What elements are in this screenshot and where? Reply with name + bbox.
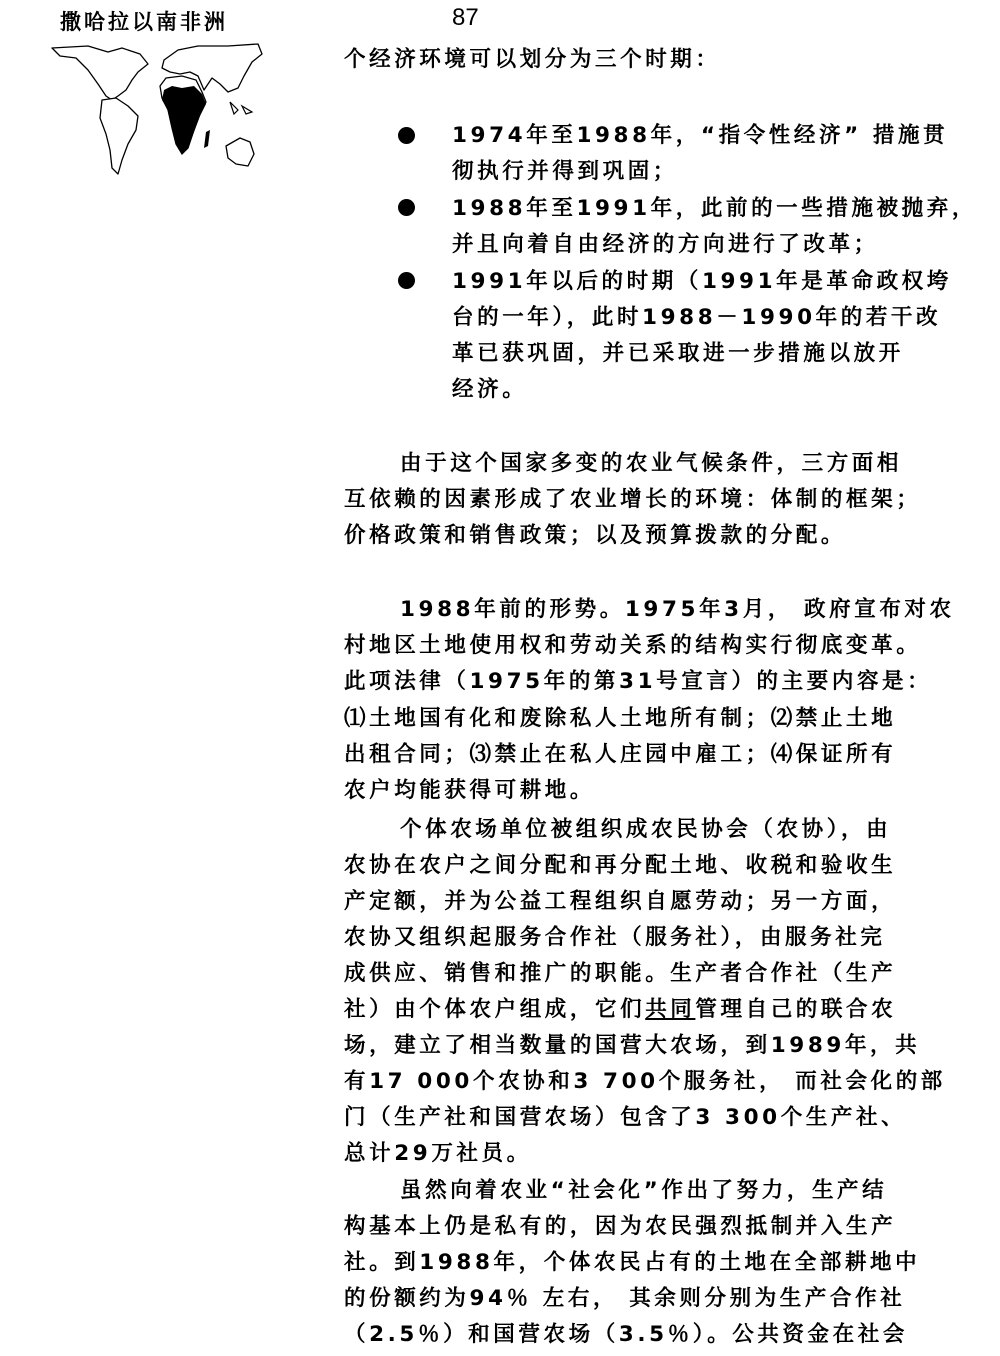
list-item-line: 1991年以后的时期（1991年是革命政权垮 [452,267,952,297]
paragraph-line: 社）由个体农户组成，它们共同管理自己的联合农 [344,995,896,1025]
paragraph-line: 总计29万社员。 [344,1139,532,1169]
paragraph-line: （2.5％）和国营农场（3.5％）。公共资金在社会 [344,1320,908,1350]
paragraph-line: 有17 000个农协和3 700个服务社， 而社会化的部 [344,1067,946,1097]
text-segment: 社）由个体农户组成，它们 [344,997,645,1022]
paragraph-line: 农协在农户之间分配和再分配土地、收税和验收生 [344,851,896,881]
list-item-line: 1974年至1988年，“指令性经济” 措施贯 [452,121,948,151]
paragraph-line: 成供应、销售和推广的职能。生产者合作社（生产 [344,959,896,989]
paragraph-line: 村地区土地使用权和劳动关系的结构实行彻底变革。 [344,631,921,661]
paragraph-line: 构基本上仍是私有的，因为农民强烈抵制并入生产 [344,1212,896,1242]
region-label: 撒哈拉以南非洲 [60,6,228,36]
paragraph-line: 社。到1988年，个体农民占有的土地在全部耕地中 [344,1248,920,1278]
paragraph-line: 由于这个国家多变的农业气候条件，三方面相 [400,449,902,479]
paragraph-line: 产定额，并为公益工程组织自愿劳动；另一方面， [344,887,896,917]
paragraph-line: 出租合同；⑶禁止在私人庄园中雇工；⑷保证所有 [344,740,896,770]
paragraph-line: 价格政策和销售政策；以及预算拨款的分配。 [344,521,846,551]
list-item-line: 台的一年），此时1988－1990年的若干改 [452,303,941,333]
list-item-line: 革已获巩固，并已采取进一步措施以放开 [452,339,904,369]
world-map-icon [48,40,268,182]
bullet-icon [398,272,415,289]
list-item-line: 1988年至1991年，此前的一些措施被抛弃， [452,194,977,224]
paragraph-line: 场，建立了相当数量的国营大农场，到1989年，共 [344,1031,920,1061]
paragraph-line: ⑴土地国有化和废除私人土地所有制；⑵禁止土地 [344,704,896,734]
paragraph-line: 的份额约为94％ 左右， 其余则分别为生产合作社 [344,1284,905,1314]
list-item-line: 彻执行并得到巩固； [452,157,678,187]
list-item-line: 经济。 [452,375,527,405]
intro-line: 个经济环境可以划分为三个时期： [344,45,721,75]
bullet-icon [398,127,415,144]
paragraph-line: 虽然向着农业“社会化”作出了努力，生产结 [400,1176,887,1206]
paragraph-line: 门（生产社和国营农场）包含了3 300个生产社、 [344,1103,906,1133]
paragraph-line: 1988年前的形势。1975年3月， 政府宣布对农 [400,595,955,625]
paragraph-line: 此项法律（1975年的第31号宣言）的主要内容是： [344,667,932,697]
underlined-text: 共同 [645,997,695,1022]
list-item-line: 并且向着自由经济的方向进行了改革； [452,230,879,260]
paragraph-line: 个体农场单位被组织成农民协会（农协），由 [400,815,891,845]
document-page: 撒哈拉以南非洲 87 个经济环境可以划分为三个时期： 1974年至1988年，“… [0,0,1000,1356]
bullet-icon [398,199,415,216]
paragraph-line: 农协又组织起服务合作社（服务社），由服务社完 [344,923,885,953]
text-segment: 管理自己的联合农 [695,997,896,1022]
paragraph-line: 互依赖的因素形成了农业增长的环境：体制的框架； [344,485,921,515]
paragraph-line: 农户均能获得可耕地。 [344,776,595,806]
page-number: 87 [452,4,479,32]
